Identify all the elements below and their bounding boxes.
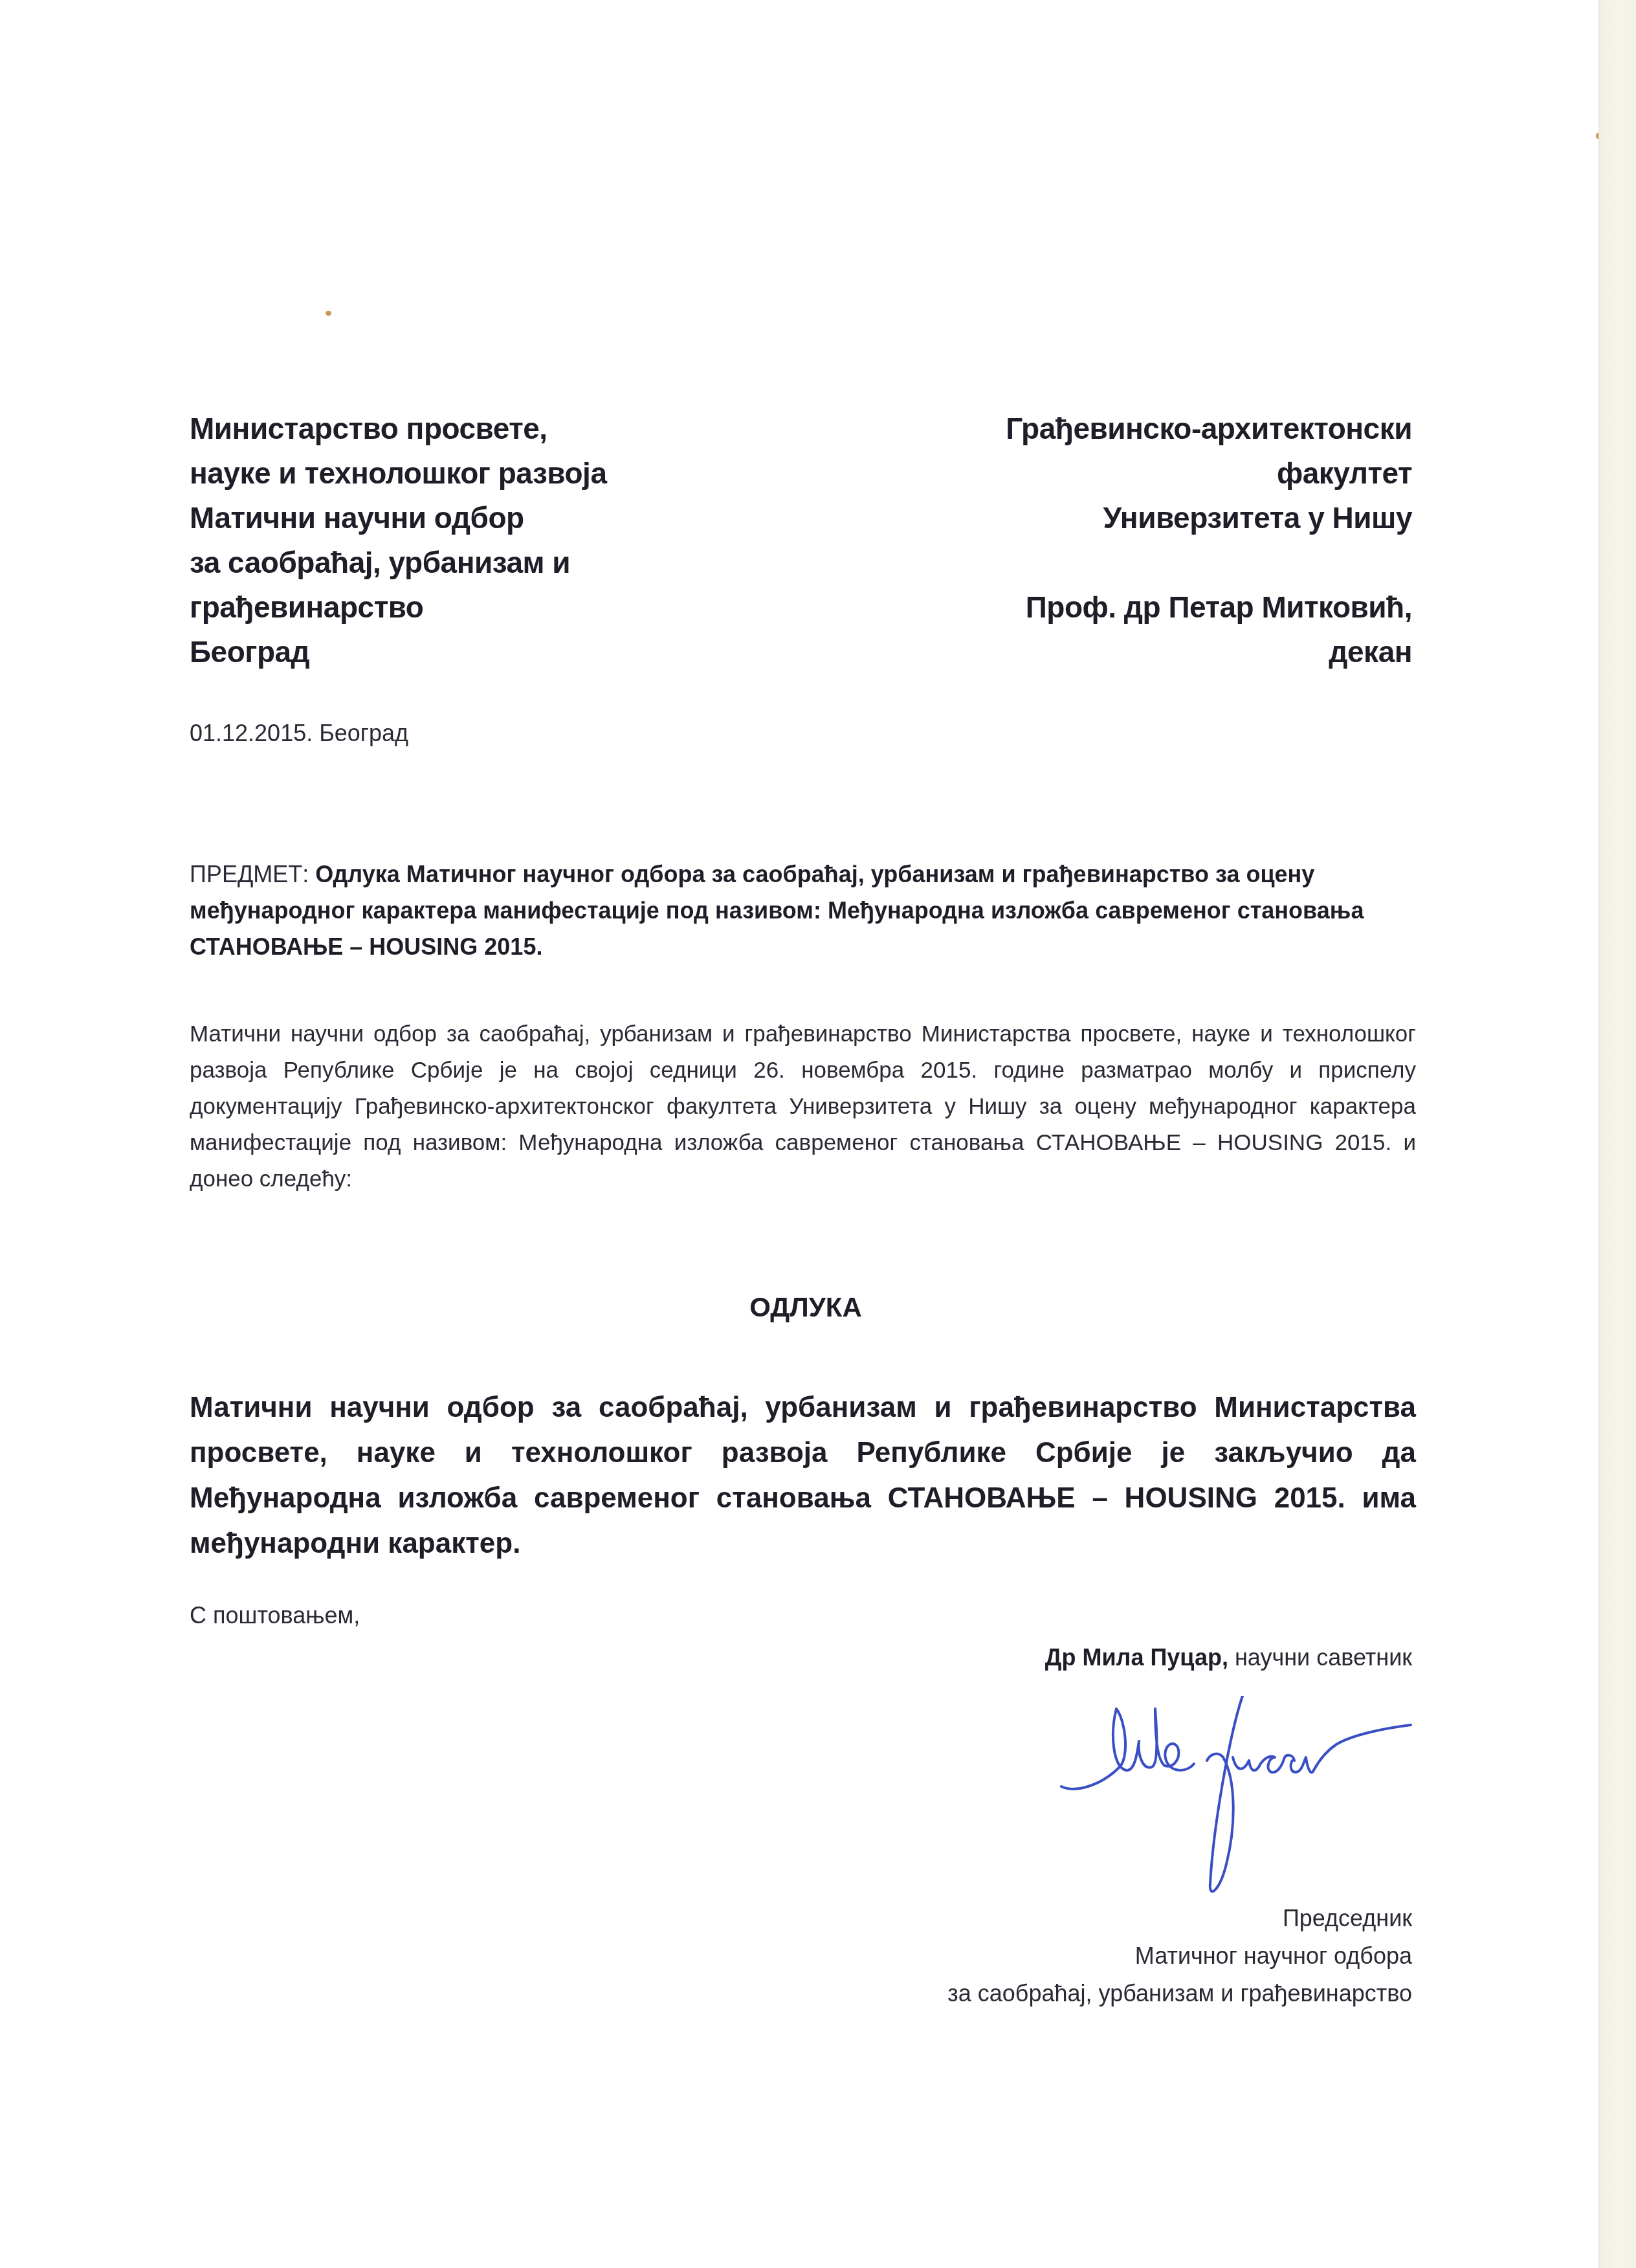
- body-paragraph: Матични научни одбор за саобраћај, урбан…: [190, 1016, 1416, 1197]
- spacer: [1006, 540, 1412, 585]
- scan-speck: [326, 311, 331, 316]
- sender-line: Министарство просвете,: [190, 406, 606, 451]
- decision-text: Матични научни одбор за саобраћај, урбан…: [190, 1385, 1416, 1566]
- recipient-person-line: Проф. др Петар Митковић,: [1006, 585, 1412, 630]
- sender-line: Матични научни одбор: [190, 496, 606, 540]
- sender-line: Београд: [190, 630, 606, 674]
- sender-line: грађевинарство: [190, 585, 606, 630]
- handwritten-signature: [1048, 1696, 1488, 1903]
- subject-label: ПРЕДМЕТ:: [190, 861, 315, 887]
- subject-line: ПРЕДМЕТ: Одлука Матичног научног одбора …: [190, 856, 1416, 965]
- signatory-title: научни саветник: [1228, 1644, 1412, 1671]
- scan-edge: [1598, 0, 1636, 2268]
- recipient-address-block: Грађевинско-архитектонски факултет Униве…: [1006, 406, 1412, 674]
- recipient-line: Грађевинско-архитектонски: [1006, 406, 1412, 451]
- decision-title: ОДЛУКА: [0, 1292, 1605, 1323]
- role-line: за саобраћај, урбанизам и грађевинарство: [947, 1975, 1412, 2012]
- closing-salutation: С поштовањем,: [190, 1602, 360, 1629]
- signatory-role-block: Председник Матичног научног одбора за са…: [947, 1900, 1412, 2012]
- recipient-line: факултет: [1006, 451, 1412, 496]
- subject-text: Одлука Матичног научног одбора за саобра…: [190, 861, 1364, 960]
- recipient-line: Универзитета у Нишу: [1006, 496, 1412, 540]
- date-place: 01.12.2015. Београд: [190, 720, 408, 747]
- signatory-line: Др Мила Пуцар, научни саветник: [1045, 1644, 1412, 1671]
- sender-address-block: Министарство просвете, науке и технолошк…: [190, 406, 606, 674]
- role-line: Матичног научног одбора: [947, 1937, 1412, 1975]
- recipient-person-line: декан: [1006, 630, 1412, 674]
- role-line: Председник: [947, 1900, 1412, 1937]
- sender-line: за саобраћај, урбанизам и: [190, 540, 606, 585]
- sender-line: науке и технолошког развоја: [190, 451, 606, 496]
- signatory-name: Др Мила Пуцар,: [1045, 1644, 1228, 1671]
- document-page: Министарство просвете, науке и технолошк…: [0, 0, 1598, 2268]
